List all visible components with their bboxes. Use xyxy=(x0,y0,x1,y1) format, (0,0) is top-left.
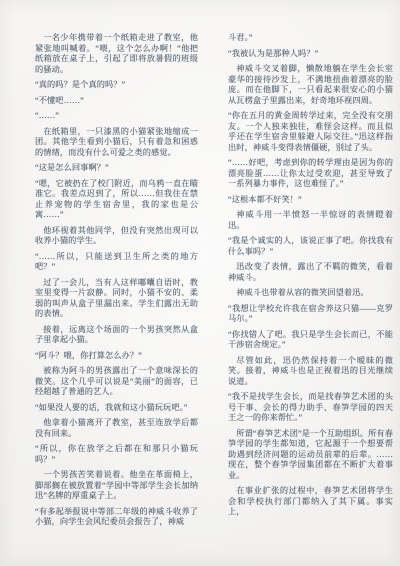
paragraph: “我不是找学生会长，而是找春笋艺术团的头号干事、会长的得力助手、春笋学园的四天王… xyxy=(228,392,393,424)
paragraph: “嗯，它被扔在了校门附近，而乌鸦一直在瞄准它。我差点迟到了，所以……但我住在禁止… xyxy=(35,179,198,221)
text-column-left: 一名少年携带着一个纸箱走进了教室，他紧张地叫喊着。“喂，这个怎么办啊！”他把纸箱… xyxy=(35,33,198,533)
paragraph: “……” xyxy=(35,111,198,122)
paragraph: “这是怎么回事啊？” xyxy=(35,163,198,174)
paragraph: “你找错人了吧。我只是学生会长而已，不能干涉宿舍规定。” xyxy=(228,330,393,351)
paragraph: “阿斗？喂，你打算怎么办？” xyxy=(35,351,198,362)
paragraph: 所谓“春笋艺术团”是一个互助组织。所有春笋学园的学生都知道，它起源于一个想要帮助… xyxy=(228,429,393,482)
paragraph: 一个男孩苦笑着说着。他坐在革面椅上，脚部搁在被放置着“学园中等部学生会长加纳迅”… xyxy=(35,470,198,502)
paragraph: “我被认为是那种人吗？” xyxy=(228,49,393,60)
paragraph: “我想让学校允许我在宿舍养这只猫——克罗马尔。” xyxy=(228,304,393,325)
paragraph: 在事业扩张的过程中，春笋艺术团将学生会和学校执行部门都纳入了其下属。事实上， xyxy=(228,486,393,518)
paragraph: 神威斗交叉着脚，懒散地躺在学生会长室豪华的接待沙发上，不满地扭曲着漂亮的脸庞。而… xyxy=(228,64,393,106)
paragraph: 尽管如此，迅仍然保持着一个暧昧的微笑。接着，神威斗也是正视着迅的目光继续说道。 xyxy=(228,356,393,388)
paragraph: “我是个诚实的人，该说正事了吧。你找我有什么事吗？” xyxy=(228,236,393,257)
paragraph: 神威斗也带着从容的微笑回望着迅。 xyxy=(228,288,393,299)
paragraph: 过了一会儿，当有人这样嘟囔自语时，教室里变得一片寂静。同时，小猫不安的、柔弱的叫… xyxy=(35,278,198,320)
paragraph: 斗君。” xyxy=(228,33,393,44)
paragraph: “……所以，只能送到卫生所之类的地方吧？” xyxy=(35,252,198,273)
paragraph: “这根本都不好笑！” xyxy=(228,195,393,206)
paragraph: 他环视着其他同学，但没有突然出现可以收养小猫的学生。 xyxy=(35,226,198,247)
paragraph: “真的吗？是个真的吗？” xyxy=(35,80,198,91)
paragraph: “有多起举报说中等部二年级的神威斗收养了小猫，向学生会风纪委员会报告了，神威 xyxy=(35,507,198,528)
book-page: 一名少年携带着一个纸箱走进了教室，他紧张地叫喊着。“喂，这个怎么办啊！”他把纸箱… xyxy=(0,0,400,566)
paragraph: 被称为阿斗的男孩露出了一个意味深长的微笑。这个几乎可以说是“美丽”的面容，已经超… xyxy=(35,366,198,398)
paragraph: “如果没人要的话，我就和这小猫玩玩吧。” xyxy=(35,403,198,414)
text-column-right: 斗君。”“我被认为是那种人吗？”神威斗交叉着脚，懒散地躺在学生会长室豪华的接待沙… xyxy=(228,33,393,523)
paragraph: “……好吧，考虑到你的转学理由是因为你的漂亮脸蛋……让你太过受欢迎，甚至导致了一… xyxy=(228,158,393,190)
paragraph: “你在五月的黄金周转学过来，完全没有交朋友。一个人独来独往，难怪会这样。而且似乎… xyxy=(228,111,393,153)
paragraph: 一名少年携带着一个纸箱走进了教室，他紧张地叫喊着。“喂，这个怎么办啊！”他把纸箱… xyxy=(35,33,198,75)
paragraph: 迅改变了表情，露出了不羁的微笑，看着神威斗。 xyxy=(228,262,393,283)
paragraph: 在纸箱里，一只漆黑的小猫紧张地缩成一团。其他学生看到小猫后，只有着急和困惑的情绪… xyxy=(35,127,198,159)
paragraph: “不懂吧……” xyxy=(35,96,198,107)
paragraph: 接着，远离这个场面的一个男孩突然从盒子里拿起小猫。 xyxy=(35,325,198,346)
paragraph: “所以，你在放学之后都在和那只小猫玩吗？” xyxy=(35,444,198,465)
paragraph: 神威斗用一半愤怒一半惊讶的表情瞪着迅。 xyxy=(228,210,393,231)
paragraph: 他拿着小猫离开了教室，甚至连放学后都没有回来。 xyxy=(35,418,198,439)
